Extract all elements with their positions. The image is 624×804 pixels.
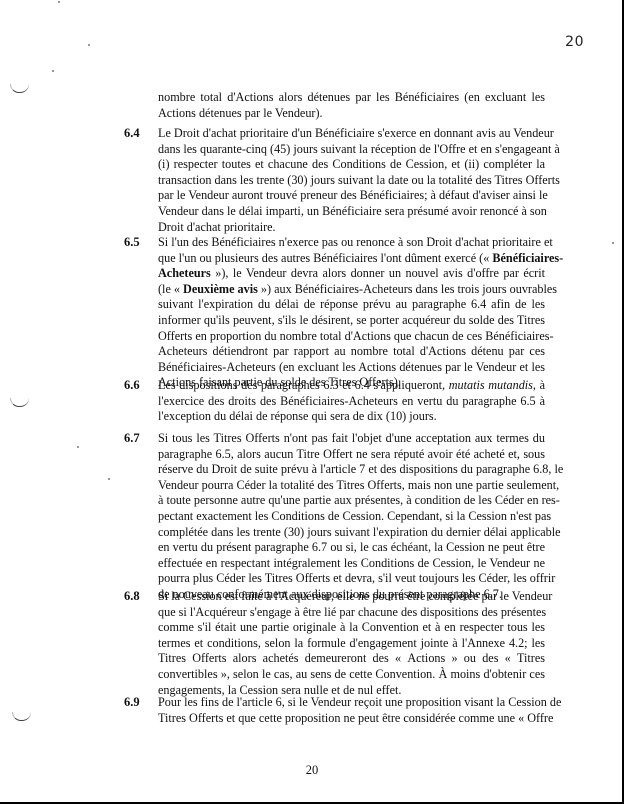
text-line: nombre total d'Actions alors détenues pa…	[158, 90, 545, 106]
text-line: Droit d'achat prioritaire.	[158, 220, 545, 236]
text-line: en vertu du présent paragraphe 6.7 ou si…	[158, 540, 545, 556]
text-line: l'exception du délai de réponse qui sera…	[158, 409, 545, 425]
section-body: Si la Cession est faite à l'Acquéreur, e…	[158, 589, 545, 698]
text-line: effectuée en respectant intégralement le…	[158, 556, 545, 572]
text-line: Le Droit d'achat prioritaire d'un Bénéfi…	[158, 126, 545, 142]
section-number: 6.6	[124, 378, 140, 393]
text-line: (i) respecter toutes et chacune des Cond…	[158, 157, 545, 173]
text-line: Si l'un des Bénéficiaires n'exerce pas o…	[158, 235, 545, 251]
text-line: transaction dans les trente (30) jours s…	[158, 173, 545, 189]
section-number: 6.4	[124, 126, 140, 141]
text-line: Acheteurs détiendront par rapport au nom…	[158, 344, 545, 360]
text-line: Les dispositions des paragraphes 6.3 et …	[158, 378, 545, 394]
text-line: que l'un ou plusieurs des autres Bénéfic…	[158, 251, 545, 267]
document-page: 20 nombre total d'Actions alors détenues…	[0, 0, 624, 804]
section-number: 6.5	[124, 235, 140, 250]
header-page-number: 20	[565, 34, 584, 50]
text-line: réserve du Droit de suite prévu à l'arti…	[158, 462, 545, 478]
text-line: convertibles », selon le cas, au sens de…	[158, 667, 545, 683]
text-line: Si tous les Titres Offerts n'ont pas fai…	[158, 431, 545, 447]
text-line: suivant l'expiration du délai de réponse…	[158, 297, 545, 313]
text-line: Vendeur dans le délai imparti, un Bénéfi…	[158, 204, 545, 220]
text-line: paragraphe 6.5, alors aucun Titre Offert…	[158, 447, 545, 463]
binding-hole-mark	[12, 712, 31, 721]
scan-speck	[108, 478, 110, 480]
text-line: comme s'il était une partie originale à …	[158, 620, 545, 636]
text-line: Actions détenues par le Vendeur).	[158, 106, 545, 122]
text-line: pectant exactement les Conditions de Ces…	[158, 509, 545, 525]
text-line: que si l'Acquéreur s'engage à être lié p…	[158, 605, 545, 621]
text-line: pourra plus Céder les Titres Offerts et …	[158, 571, 545, 587]
text-line: Offerts en proportion du nombre total d'…	[158, 329, 545, 345]
section-number: 6.8	[124, 589, 140, 604]
section-body: Si tous les Titres Offerts n'ont pas fai…	[158, 431, 545, 603]
text-line: par le Vendeur auront trouvé preneur des…	[158, 188, 545, 204]
section-body: Pour les fins de l'article 6, si le Vend…	[158, 695, 545, 726]
section-body: Les dispositions des paragraphes 6.3 et …	[158, 378, 545, 425]
scan-speck	[77, 446, 79, 448]
scan-speck	[612, 242, 614, 244]
continuation-paragraph: nombre total d'Actions alors détenues pa…	[158, 90, 545, 121]
text-line: Acheteurs »), le Vendeur devra alors don…	[158, 266, 545, 282]
scan-speck	[52, 70, 54, 72]
text-line: termes et conditions, selon la formule d…	[158, 636, 545, 652]
text-line: (le « Deuxième avis ») aux Bénéficiaires…	[158, 282, 545, 298]
text-line: Bénéficiaires-Acheteurs (en excluant les…	[158, 360, 545, 376]
section-number: 6.7	[124, 431, 140, 446]
section-body: Si l'un des Bénéficiaires n'exerce pas o…	[158, 235, 545, 391]
scan-speck	[88, 44, 90, 46]
footer-page-number: 20	[0, 763, 624, 778]
text-line: Titres Offerts alors achetés demeureront…	[158, 651, 545, 667]
text-line: l'exercice des droits des Bénéficiaires-…	[158, 394, 545, 410]
text-line: à toute personne autre qu'une partie aux…	[158, 493, 545, 509]
text-line: Vendeur pourra Céder la totalité des Tit…	[158, 478, 545, 494]
section-number: 6.9	[124, 695, 140, 710]
scan-speck	[58, 1, 60, 3]
text-line: complétée dans les trente (30) jours sui…	[158, 525, 545, 541]
text-line: Si la Cession est faite à l'Acquéreur, e…	[158, 589, 545, 605]
binding-hole-mark	[10, 398, 29, 407]
text-line: Titres Offerts et que cette proposition …	[158, 711, 545, 727]
text-line: dans les quarante-cinq (45) jours suivan…	[158, 142, 545, 158]
text-line: Pour les fins de l'article 6, si le Vend…	[158, 695, 545, 711]
binding-hole-mark	[10, 84, 29, 93]
text-line: informer qu'ils peuvent, s'ils le désire…	[158, 313, 545, 329]
section-body: Le Droit d'achat prioritaire d'un Bénéfi…	[158, 126, 545, 235]
